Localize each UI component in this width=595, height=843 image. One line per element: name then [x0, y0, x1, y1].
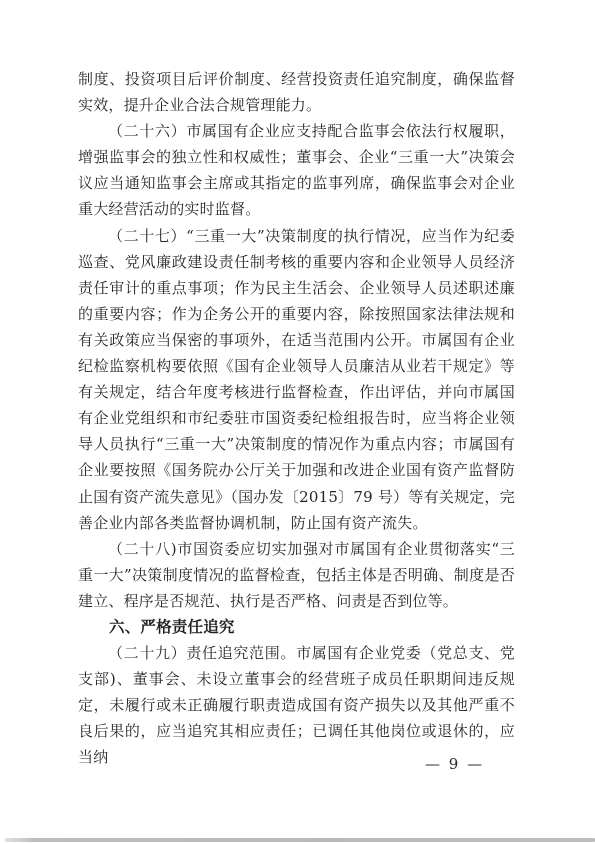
- page-number: — 9 —: [425, 755, 484, 773]
- document-body: 制度、投资项目后评价制度、经营投资责任追究制度，确保监督实效，提升企业合法合规管…: [78, 66, 515, 771]
- section-heading-6: 六、严格责任追究: [78, 614, 515, 640]
- scan-edge-shadow: [5, 838, 595, 842]
- document-page: 制度、投资项目后评价制度、经营投资责任追究制度，确保监督实效，提升企业合法合规管…: [0, 0, 595, 843]
- paragraph-item-27: （二十七）“三重一大”决策制度的执行情况，应当作为纪委巡查、党风廉政建设责任制考…: [78, 223, 515, 536]
- paragraph-continuation: 制度、投资项目后评价制度、经营投资责任追究制度，确保监督实效，提升企业合法合规管…: [78, 66, 515, 118]
- paragraph-item-29: （二十九）责任追究范围。市属国有企业党委（党总支、党支部)、董事会、未设立董事会…: [78, 640, 515, 770]
- paragraph-item-26: （二十六）市属国有企业应支持配合监事会依法行权履职，增强监事会的独立性和权威性；…: [78, 118, 515, 222]
- paragraph-item-28: （二十八)市国资委应切实加强对市属国有企业贯彻落实“三重一大”决策制度情况的监督…: [78, 536, 515, 614]
